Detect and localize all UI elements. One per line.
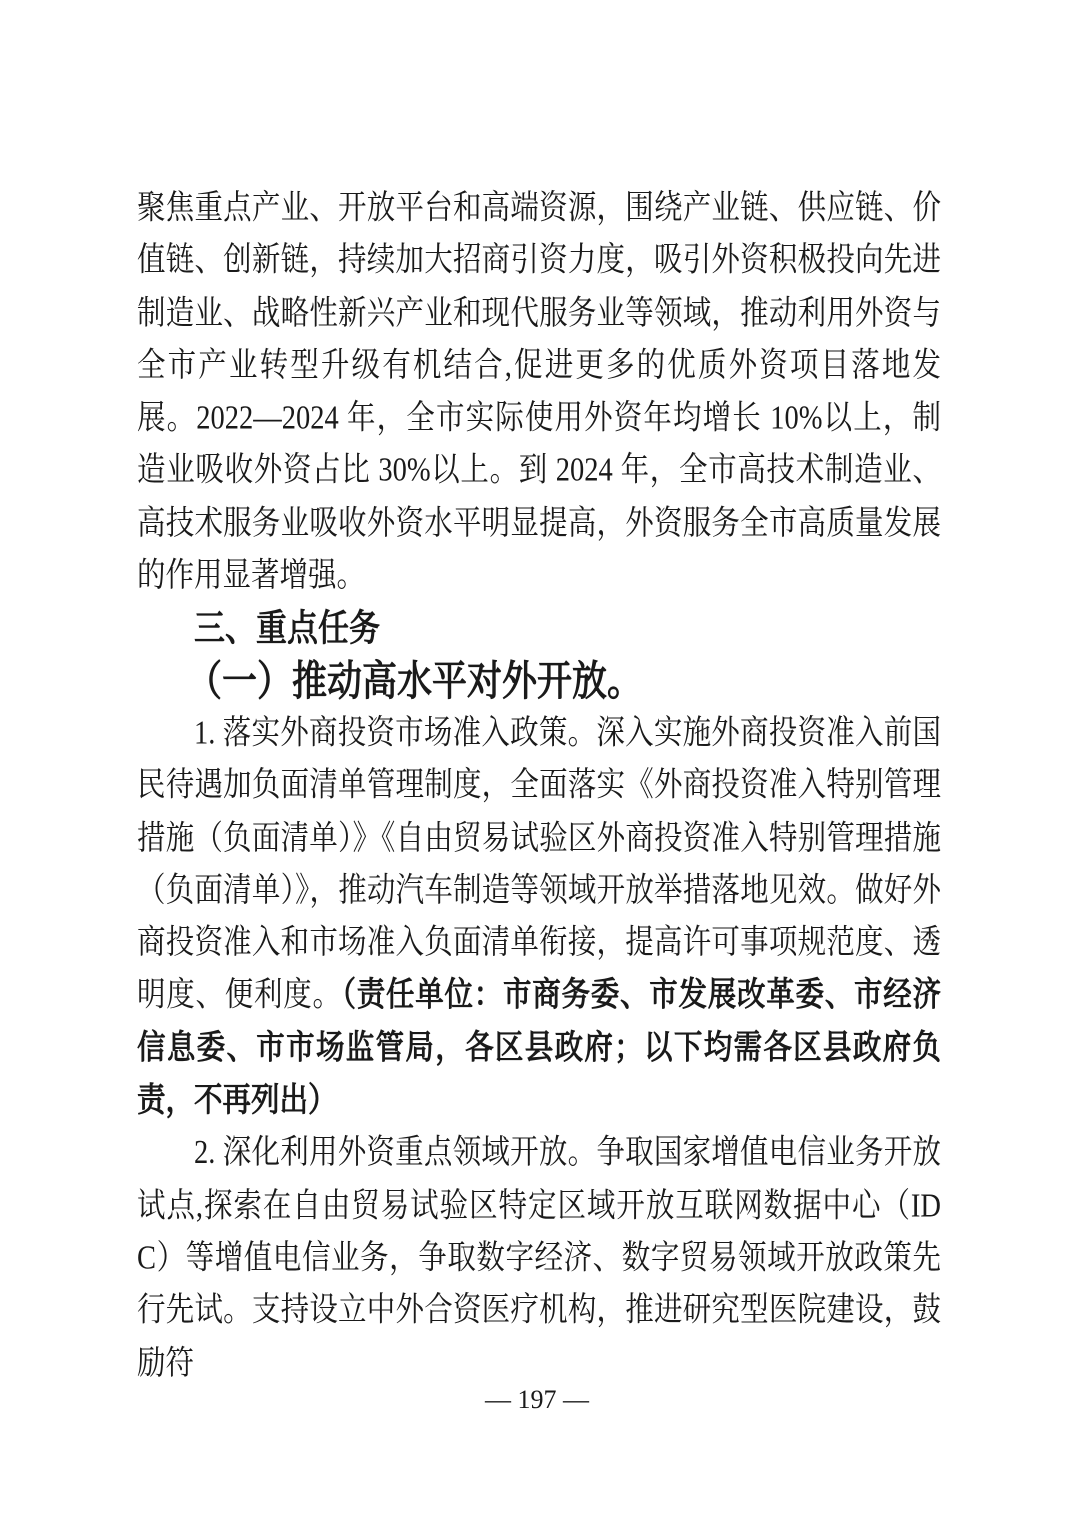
section-heading: 三、重点任务 [137, 603, 941, 655]
document-page: 聚焦重点产业、开放平台和高端资源，围绕产业链、供应链、价值链、创新链，持续加大招… [0, 0, 1074, 1520]
paragraph-task-1: 1. 落实外商投资市场准入政策。深入实施外商投资准入前国民待遇加负面清单管理制度… [137, 708, 941, 1128]
document-body: 聚焦重点产业、开放平台和高端资源，围绕产业链、供应链、价值链、创新链，持续加大招… [137, 183, 941, 1390]
page-number: — 197 — [0, 1386, 1074, 1414]
task-2-text: 2. 深化利用外资重点领域开放。争取国家增值电信业务开放试点,探索在自由贸易试验… [137, 1135, 941, 1382]
task-1-text: 1. 落实外商投资市场准入政策。深入实施外商投资准入前国民待遇加负面清单管理制度… [137, 715, 941, 1014]
intro-paragraph: 聚焦重点产业、开放平台和高端资源，围绕产业链、供应链、价值链、创新链，持续加大招… [137, 183, 941, 603]
subsection-heading: （一）推动高水平对外开放。 [137, 655, 941, 707]
paragraph-task-2: 2. 深化利用外资重点领域开放。争取国家增值电信业务开放试点,探索在自由贸易试验… [137, 1128, 941, 1390]
